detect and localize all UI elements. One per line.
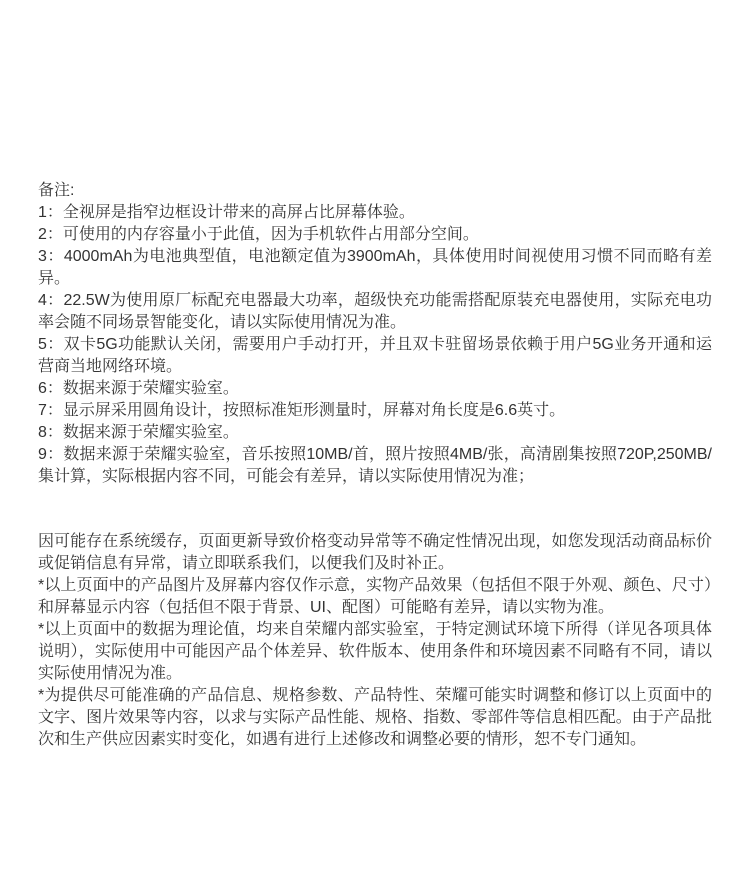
note-number: 1： [38,204,63,221]
note-item: 1：全视屏是指窄边框设计带来的高屏占比屏幕体验。 [38,202,712,224]
note-text: 显示屏采用圆角设计，按照标准矩形测量时，屏幕对角长度是6.6英寸。 [63,402,565,419]
note-text: 4000mAh为电池典型值，电池额定值为3900mAh，具体使用时间视使用习惯不… [38,248,712,287]
disclaimer-paragraph: *以上页面中的数据为理论值，均来自荣耀内部实验室，于特定测试环境下所得（详见各项… [38,619,712,685]
note-item: 2：可使用的内存容量小于此值，因为手机软件占用部分空间。 [38,224,712,246]
note-text: 数据来源于荣耀实验室。 [63,424,239,441]
note-text: 数据来源于荣耀实验室，音乐按照10MB/首，照片按照4MB/张，高清剧集按照72… [38,446,712,485]
note-text: 全视屏是指窄边框设计带来的高屏占比屏幕体验。 [63,204,415,221]
note-item: 4：22.5W为使用原厂标配充电器最大功率，超级快充功能需搭配原装充电器使用，实… [38,290,712,334]
note-number: 2： [38,226,63,243]
note-item: 3：4000mAh为电池典型值，电池额定值为3900mAh，具体使用时间视使用习… [38,246,712,290]
note-item: 8：数据来源于荣耀实验室。 [38,422,712,444]
note-number: 9： [38,446,63,463]
note-number: 7： [38,402,63,419]
note-text: 22.5W为使用原厂标配充电器最大功率，超级快充功能需搭配原装充电器使用，实际充… [38,292,712,331]
note-text: 数据来源于荣耀实验室。 [63,380,239,397]
disclaimer-paragraph: *为提供尽可能准确的产品信息、规格参数、产品特性、荣耀可能实时调整和修订以上页面… [38,685,712,751]
remarks-content: 备注: 1：全视屏是指窄边框设计带来的高屏占比屏幕体验。 2：可使用的内存容量小… [0,0,750,751]
disclaimer-paragraph: *以上页面中的产品图片及屏幕内容仅作示意，实物产品效果（包括但不限于外观、颜色、… [38,575,712,619]
note-text: 双卡5G功能默认关闭，需要用户手动打开，并且双卡驻留场景依赖于用户5G业务开通和… [38,336,712,375]
disclaimer-paragraph: 因可能存在系统缓存，页面更新导致价格变动异常等不确定性情况出现，如您发现活动商品… [38,531,712,575]
note-item: 7：显示屏采用圆角设计，按照标准矩形测量时，屏幕对角长度是6.6英寸。 [38,400,712,422]
note-number: 4： [38,292,63,309]
note-item: 5：双卡5G功能默认关闭，需要用户手动打开，并且双卡驻留场景依赖于用户5G业务开… [38,334,712,378]
notes-section: 备注: 1：全视屏是指窄边框设计带来的高屏占比屏幕体验。 2：可使用的内存容量小… [38,180,712,488]
note-number: 5： [38,336,64,353]
notes-title: 备注: [38,180,712,202]
note-item: 9：数据来源于荣耀实验室，音乐按照10MB/首，照片按照4MB/张，高清剧集按照… [38,444,712,488]
note-text: 可使用的内存容量小于此值，因为手机软件占用部分空间。 [63,226,479,243]
note-number: 3： [38,248,64,265]
disclaimer-section: 因可能存在系统缓存，页面更新导致价格变动异常等不确定性情况出现，如您发现活动商品… [38,531,712,751]
note-number: 8： [38,424,63,441]
note-item: 6：数据来源于荣耀实验室。 [38,378,712,400]
note-number: 6： [38,380,63,397]
